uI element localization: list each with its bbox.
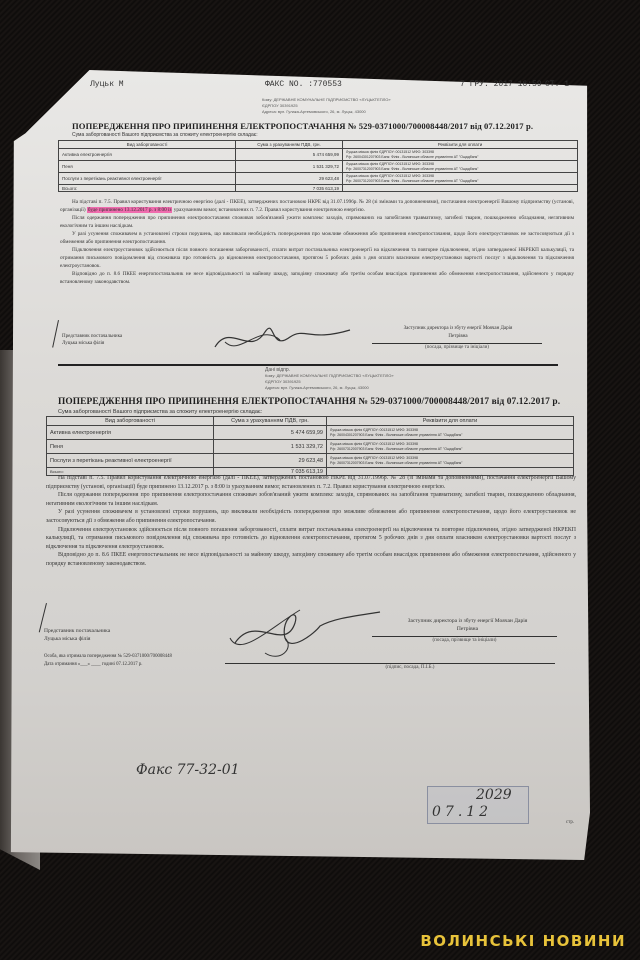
fax-sender: Луцьк М <box>90 80 124 89</box>
debt-table-1: Вид заборгованості Сума з урахуванням ПД… <box>58 140 578 192</box>
col-header-type: Вид заборгованості <box>47 417 214 426</box>
requisites: Луцька міська філія ЄДРПОУ: 00131512 МФО… <box>343 173 578 185</box>
table-total-row: Всього: 7 035 613,19 <box>59 185 578 192</box>
debt-amount: 5 474 659,99 <box>236 149 343 161</box>
debt-type: Активна електроенергія <box>47 426 214 440</box>
highlighted-cutoff-date: буде припинено 13.12.2017 р. з 8:00 із <box>87 207 173 213</box>
signature-mark <box>52 320 59 348</box>
debt-type: Послуги з перетікань реактивної електрое… <box>59 173 236 185</box>
notice-1-body: На підставі п. 7.5. Правил користування … <box>60 198 574 286</box>
receipt-signature-line <box>225 663 555 664</box>
requisites: Луцька міська філія ЄДРПОУ: 00131512 МФО… <box>343 161 578 173</box>
fax-datetime: 7 ГРУ. 2017 16:59 <box>460 80 542 89</box>
debt-amount: 1 531 329,72 <box>214 440 327 454</box>
debt-type: Пеня <box>59 161 236 173</box>
table-row: Активна електроенергія 5 474 659,99 Луць… <box>47 426 574 440</box>
notice-1-representative: Представник постачальника Луцька міська … <box>62 333 122 347</box>
section-divider <box>58 364 558 366</box>
debt-amount: 29 623,48 <box>236 173 343 185</box>
requisites: Луцька міська філія ЄДРПОУ: 00131512 МФО… <box>343 149 578 161</box>
col-header-amount: Сума з урахуванням ПДВ, грн. <box>236 141 343 149</box>
fax-number: ФАКС NO. :770553 <box>265 80 342 89</box>
signature-scribble-2 <box>225 598 385 668</box>
col-header-type: Вид заборгованості <box>59 141 236 149</box>
notice-2-addressee: Дані відпр. Кому: ДЕРЖАВНЕ КОМУНАЛЬНЕ ПІ… <box>265 367 485 391</box>
signature-line <box>372 636 557 637</box>
requisites: Луцька міська філія ЄДРПОУ: 00131512 МФО… <box>327 440 574 454</box>
page-mark: стр. <box>560 820 580 825</box>
notice-1-addressee: Кому: ДЕРЖАВНЕ КОМУНАЛЬНЕ ПІДПРИЄМСТВО «… <box>262 97 482 115</box>
addressee-line: Адреса: вул. Гулака-Артемовського, 26, м… <box>262 109 482 115</box>
notice-2-official: Заступник директора із збуту енергії Моя… <box>380 617 555 633</box>
col-header-requisites: Реквізити для оплати <box>343 141 578 149</box>
fax-page: СТ. 1 <box>545 80 569 89</box>
notice-2-body: На підставі п. 7.5. Правил користування … <box>46 474 576 569</box>
table-row: Пеня 1 531 329,72 Луцька міська філія ЄД… <box>59 161 578 173</box>
notice-2-subtitle: Сума заборгованості Вашого підприємства … <box>58 409 262 415</box>
debt-table-2: Вид заборгованості Сума з урахуванням ПД… <box>46 416 574 476</box>
table-row: Активна електроенергія 5 474 659,99 Луць… <box>59 149 578 161</box>
notice-1-title: ПОПЕРЕДЖЕННЯ ПРО ПРИПИНЕННЯ ЕЛЕКТРОПОСТА… <box>72 121 533 131</box>
fax-header: Луцьк М ФАКС NO. :770553 7 ГРУ. 2017 16:… <box>40 80 600 94</box>
debt-type: Пеня <box>47 440 214 454</box>
col-header-amount: Сума з урахуванням ПДВ, грн. <box>214 417 327 426</box>
signature-caption: (посада, прізвище та ініціали) <box>372 345 542 350</box>
requisites: Луцька міська філія ЄДРПОУ: 00131512 МФО… <box>327 426 574 440</box>
receipt-date: Дата отримання «___» ____ годині 07.12.2… <box>44 661 172 669</box>
debt-type: Послуги з перетікань реактивної електрое… <box>47 454 214 468</box>
col-header-requisites: Реквізити для оплати <box>327 417 574 426</box>
receipt-caption: (підпис, посада, П.І.Б.) <box>360 665 460 670</box>
notice-2-title: ПОПЕРЕДЖЕННЯ ПРО ПРИПИНЕННЯ ЕЛЕКТРОПОСТА… <box>58 397 560 407</box>
handwritten-fax-number: Факс 77-32-01 <box>136 762 240 778</box>
table-row: Послуги з перетікань реактивної електрое… <box>59 173 578 185</box>
debt-type: Активна електроенергія <box>59 149 236 161</box>
notice-1-subtitle: Сума заборгованості Вашого підприємства … <box>72 132 258 138</box>
total-amount: 7 035 613,19 <box>236 185 343 192</box>
debt-amount: 29 623,48 <box>214 454 327 468</box>
registration-stamp: 2029 07.12 <box>427 786 529 824</box>
signature-line <box>372 343 542 344</box>
debt-amount: 5 474 659,99 <box>214 426 327 440</box>
document-content: Луцьк М ФАКС NO. :770553 7 ГРУ. 2017 16:… <box>0 0 640 960</box>
stamp-date: 07.12 <box>432 804 492 820</box>
table-row: Послуги з перетікань реактивної електрое… <box>47 454 574 468</box>
signature-scribble-1 <box>210 312 360 362</box>
signature-caption: (посада, прізвище та ініціали) <box>372 638 557 643</box>
receipt-person: Особа, яка отримала попередження № 529-0… <box>44 653 172 661</box>
receipt-info: Особа, яка отримала попередження № 529-0… <box>44 653 172 669</box>
notice-1-official: Заступник директора із збуту енергії Моя… <box>383 325 533 341</box>
watermark-logo: ВОЛИНСЬКІ НОВИНИ <box>420 932 626 950</box>
notice-2-representative: Представник постачальника Луцька міська … <box>44 627 110 643</box>
table-row: Пеня 1 531 329,72 Луцька міська філія ЄД… <box>47 440 574 454</box>
requisites: Луцька міська філія ЄДРПОУ: 00131512 МФО… <box>327 454 574 468</box>
total-label: Всього: <box>59 185 236 192</box>
stamp-number: 2029 <box>476 787 512 803</box>
debt-amount: 1 531 329,72 <box>236 161 343 173</box>
